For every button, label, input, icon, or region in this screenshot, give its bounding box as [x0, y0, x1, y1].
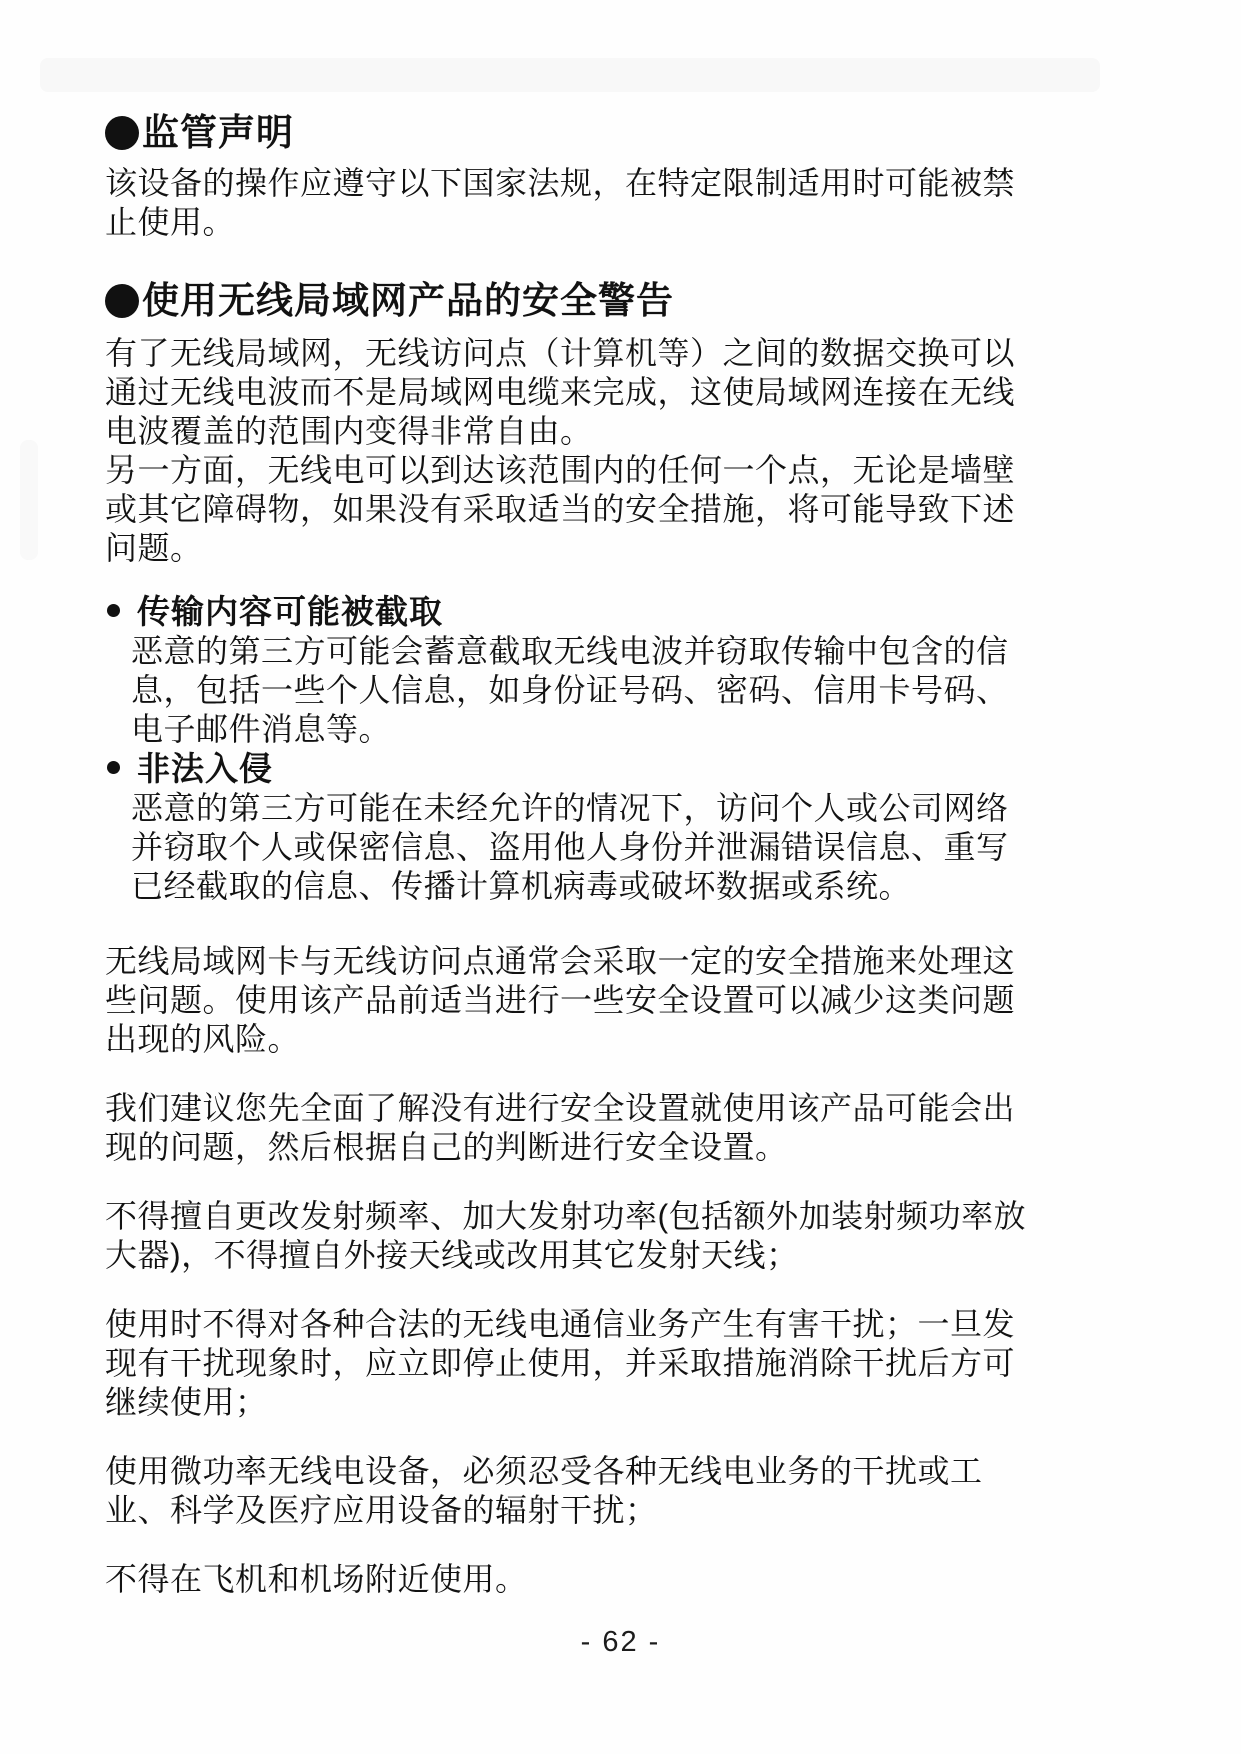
bullet-title: 传输内容可能被截取	[137, 592, 1085, 632]
filled-circle-bullet-icon	[105, 116, 139, 150]
list-item-illegal-intrusion: • 非法入侵 恶意的第三方可能在未经允许的情况下，访问个人或公司网络 并窃取个人…	[105, 749, 1085, 906]
bullet-title: 非法入侵	[137, 749, 1085, 789]
section-heading-label: 监管声明	[142, 110, 294, 156]
bullet-body: 恶意的第三方可能在未经允许的情况下，访问个人或公司网络 并窃取个人或保密信息、盗…	[131, 789, 1085, 906]
scan-artifact	[40, 58, 1100, 92]
regulatory-statement-paragraph: 该设备的操作应遵守以下国家法规，在特定限制适用时可能被禁 止使用。	[105, 164, 1085, 242]
manual-page: ● 监管声明 该设备的操作应遵守以下国家法规，在特定限制适用时可能被禁 止使用。…	[0, 0, 1241, 1754]
bullet-body: 恶意的第三方可能会蓄意截取无线电波并窃取传输中包含的信 息，包括一些个人信息，如…	[131, 632, 1085, 749]
bullet-dot-icon	[107, 604, 120, 617]
section-heading-label: 使用无线局域网产品的安全警告	[142, 278, 674, 324]
paragraph-recommendation: 我们建议您先全面了解没有进行安全设置就使用该产品可能会出 现的问题，然后根据自己…	[105, 1089, 1085, 1167]
paragraph-no-airplane-use: 不得在飞机和机场附近使用。	[105, 1560, 1085, 1599]
filled-circle-bullet-icon	[105, 284, 139, 318]
regulatory-statement-heading: ● 监管声明	[105, 110, 1085, 156]
page-number: - 62 -	[0, 1626, 1241, 1659]
paragraph-security-measures: 无线局域网卡与无线访问点通常会采取一定的安全措施来处理这 些问题。使用该产品前适…	[105, 942, 1085, 1059]
bullet-dot-icon	[107, 761, 120, 774]
paragraph-tolerate-interference: 使用微功率无线电设备，必须忍受各种无线电业务的干扰或工 业、科学及医疗应用设备的…	[105, 1452, 1085, 1530]
wlan-safety-warning-heading: ● 使用无线局域网产品的安全警告	[105, 278, 1085, 324]
paragraph-no-modification: 不得擅自更改发射频率、加大发射功率(包括额外加装射频功率放 大器)，不得擅自外接…	[105, 1197, 1085, 1275]
list-item-interception-risk: • 传输内容可能被截取 恶意的第三方可能会蓄意截取无线电波并窃取传输中包含的信 …	[105, 592, 1085, 749]
page-content: ● 监管声明 该设备的操作应遵守以下国家法规，在特定限制适用时可能被禁 止使用。…	[105, 110, 1085, 1629]
risk-bullet-list: • 传输内容可能被截取 恶意的第三方可能会蓄意截取无线电波并窃取传输中包含的信 …	[105, 592, 1085, 906]
paragraph-no-interference: 使用时不得对各种合法的无线电通信业务产生有害干扰；一旦发 现有干扰现象时，应立即…	[105, 1305, 1085, 1422]
scan-artifact	[20, 440, 38, 560]
wlan-intro-paragraph: 有了无线局域网，无线访问点（计算机等）之间的数据交换可以 通过无线电波而不是局域…	[105, 334, 1085, 568]
